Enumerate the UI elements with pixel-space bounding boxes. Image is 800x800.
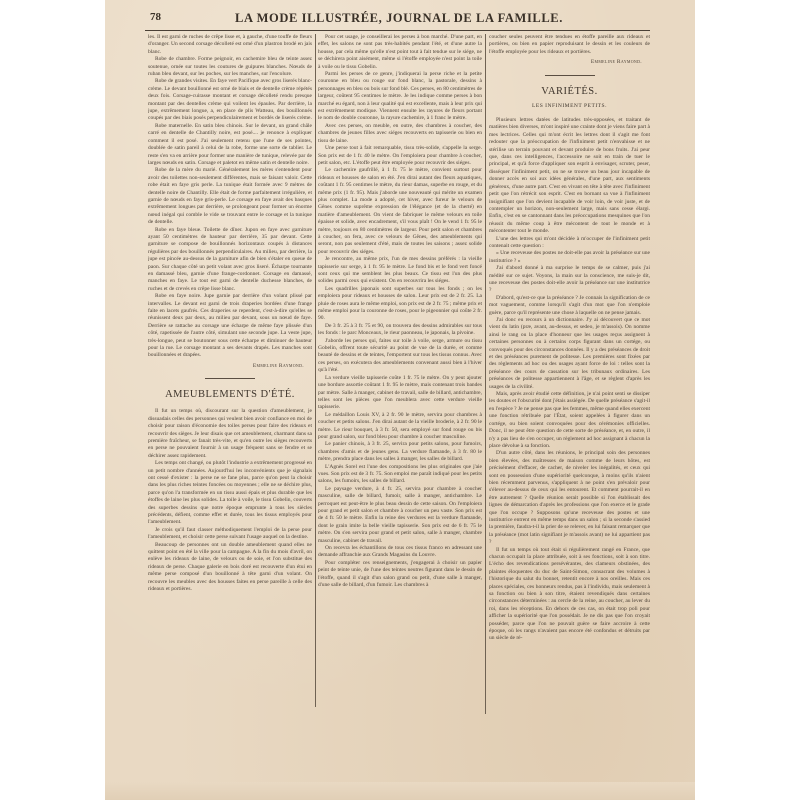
section-separator (545, 75, 595, 76)
paragraph: Robe en faye noire. Jupe garnie par derr… (148, 293, 312, 360)
section-subtitle: LES INFINIMENT PETITS. (489, 103, 650, 110)
paragraph: L'une des lettres qui m'ont décidée à m'… (489, 236, 650, 251)
paragraph: Il fut un temps où, discourant sur la qu… (148, 408, 312, 460)
column-ameublements-continued: Pour cet usage, je conseillerai les pers… (318, 34, 482, 702)
paragraph: coucher seules peuvent être tendues en é… (489, 34, 650, 56)
column-fashion-descriptions: les. Il est garni de ruches de crêpe lis… (148, 34, 312, 796)
section-title-ameublements: AMEUBLEMENTS D'ÉTÉ. (148, 389, 312, 401)
paragraph: Le médaillon Louis XV, à 2 fr. 90 le mèt… (318, 412, 482, 442)
paragraph: D'abord, qu'est-ce que la préséance ? Je… (489, 295, 650, 317)
paragraph: Le panier chinois, à 3 fr. 25, servira p… (318, 441, 482, 463)
paragraph: Robe maternelle. En satin bleu chinois. … (148, 123, 312, 167)
paragraph: D'un autre côté, dans les réunions, le p… (489, 450, 650, 546)
paragraph: L'Agnès Sorel est l'une des compositions… (318, 464, 482, 486)
journal-title: LA MODE ILLUSTRÉE, JOURNAL DE LA FAMILLE… (150, 11, 648, 26)
section-title-varietes: VARIÉTÉS. (489, 86, 650, 98)
header-rule (145, 30, 650, 31)
author-signature: Emmeline Raymond. (148, 363, 304, 370)
paragraph: Mais, après avoir étudié cette définitio… (489, 391, 650, 450)
paragraph: Le cachemire gaufrillé, à 1 fr. 75 le mè… (318, 167, 482, 256)
column-divider (485, 34, 486, 714)
paragraph: Beaucoup de personnes ont un double ameu… (148, 542, 312, 594)
paragraph: les. Il est garni de ruches de crêpe lis… (148, 34, 312, 56)
paragraph: Plusieurs lettres datées de latitudes tr… (489, 117, 650, 236)
paragraph: Je rencontre, au même prix, l'un de mes … (318, 256, 482, 286)
paragraph: Robe de grandes visites. En faye vert Pa… (148, 78, 312, 122)
paragraph: On recevra les échantillons de tous ces … (318, 545, 482, 560)
paragraph: Les temps ont changé, ou plutôt l'indust… (148, 460, 312, 527)
paragraph: Pour cet usage, je conseillerai les pers… (318, 34, 482, 71)
column-varietes: coucher seules peuvent être tendues en é… (489, 34, 650, 716)
paragraph: De 3 fr. 25 à 3 fr. 75 et 90, on trouver… (318, 323, 482, 338)
paragraph: Avec ces perses, on meuble, en outre, de… (318, 123, 482, 145)
paragraph: Je crois qu'il faut classer méthodiqueme… (148, 527, 312, 542)
paragraph: Robe de la mère du marié. Généralement l… (148, 167, 312, 226)
paragraph: Il fut un temps où tout était si réguliè… (489, 547, 650, 643)
paragraph: J'ai d'abord donné à ma surprise le temp… (489, 265, 650, 295)
author-signature: Emmeline Raymond. (489, 59, 642, 66)
paragraph: Robe en faye bleue. Toilette de dîner. J… (148, 227, 312, 294)
section-separator (205, 378, 255, 379)
paragraph: J'ai donc eu recours à un dictionnaire. … (489, 317, 650, 391)
paragraph: Une perse tout à fait remarquable, tissu… (318, 145, 482, 167)
paragraph: La verdure vieille tapisserie coûte 1 fr… (318, 375, 482, 412)
paragraph: Parmi les perses de ce genre, j'indiquer… (318, 71, 482, 123)
column-divider (315, 34, 316, 707)
paragraph: Pour compléter ces renseignements, j'eng… (318, 560, 482, 590)
running-head: 78 LA MODE ILLUSTRÉE, JOURNAL DE LA FAMI… (150, 11, 648, 29)
paragraph: Robe de chambre. Forme peignoir, en cach… (148, 56, 312, 78)
paragraph: Les quadrilles japonais sont superbes su… (318, 286, 482, 323)
paragraph: Le paysage verdure, à 4 fr. 25, servira … (318, 486, 482, 545)
page-bottom-edge (105, 782, 695, 800)
paragraph: J'aborde les perses qui, faites sur toil… (318, 338, 482, 375)
paragraph: « Une receveuse des postes ne doit-elle … (489, 250, 650, 265)
